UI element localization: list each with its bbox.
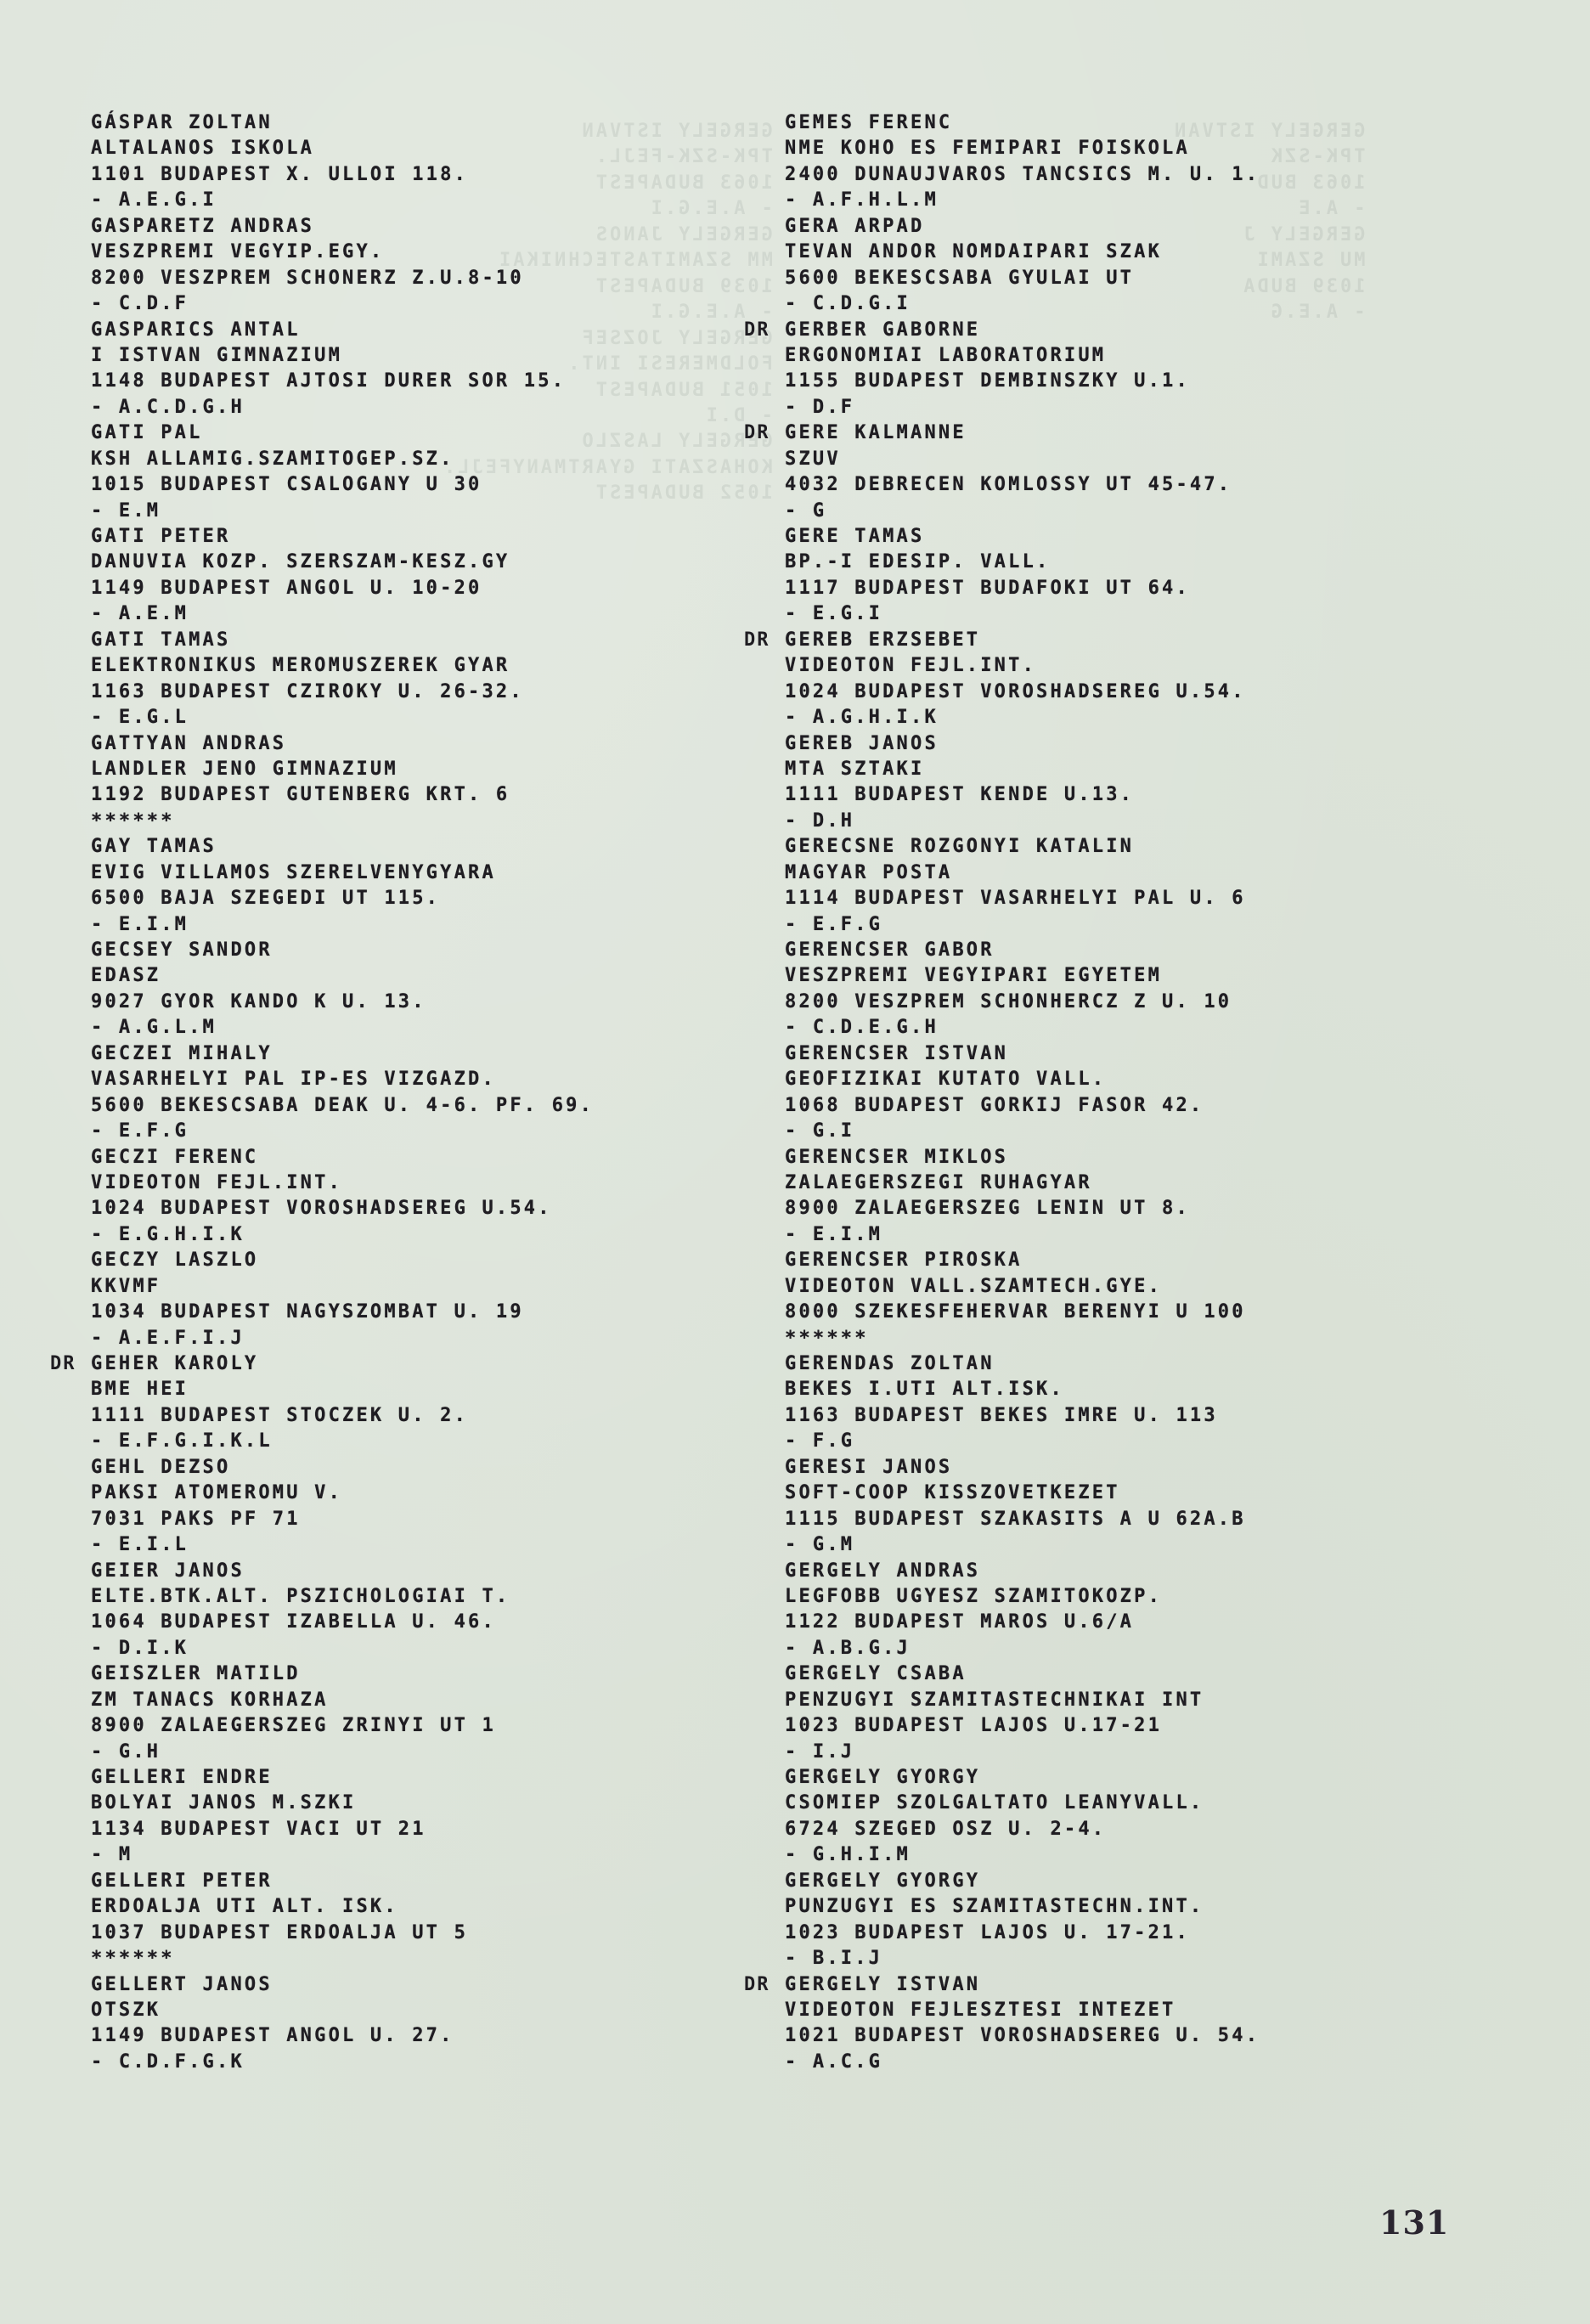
entry-organization: EDASZ xyxy=(91,963,736,989)
directory-entry: GERENDAS ZOLTANBEKES I.UTI ALT.ISK.1163 … xyxy=(785,1351,1464,1455)
entry-name: GERENCSER GABOR xyxy=(785,938,1464,963)
entry-name: GEISZLER MATILD xyxy=(91,1661,736,1687)
entry-name: GEREB ERZSEBET xyxy=(785,628,1464,653)
entry-name: GATTYAN ANDRAS xyxy=(91,731,736,757)
entry-organization: MTA SZTAKI xyxy=(785,757,1464,782)
entry-name: GELLERI ENDRE xyxy=(91,1765,736,1791)
entry-address: 1101 BUDAPEST X. ULLOI 118. xyxy=(91,162,736,188)
directory-entry: DRGERGELY ISTVANVIDEOTON FEJLESZTESI INT… xyxy=(785,1972,1464,2076)
entry-address: 1163 BUDAPEST CZIROKY U. 26-32. xyxy=(91,680,736,705)
entry-name: GATI PETER xyxy=(91,524,736,550)
entry-name: GERA ARPAD xyxy=(785,214,1464,240)
entry-codes: - E.G.I xyxy=(785,601,1464,627)
entry-address: 1115 BUDAPEST SZAKASITS A U 62A.B xyxy=(785,1507,1464,1532)
entry-organization: I ISTVAN GIMNAZIUM xyxy=(91,343,736,369)
entry-address: 5600 BEKESCSABA DEAK U. 4-6. PF. 69. xyxy=(91,1093,736,1119)
directory-entry: GEHL DEZSOPAKSI ATOMEROMU V.7031 PAKS PF… xyxy=(91,1455,736,1559)
column-right: GEMES FERENCNME KOHO ES FEMIPARI FOISKOL… xyxy=(785,110,1464,2075)
entry-name: GEHER KAROLY xyxy=(91,1351,736,1377)
entry-organization: ALTALANOS ISKOLA xyxy=(91,136,736,161)
entry-organization: ZALAEGERSZEGI RUHAGYAR xyxy=(785,1170,1464,1196)
scanned-page: GERGELY ISTVAN TPK-SZK-FEJL. 1063 BUDAPE… xyxy=(0,0,1590,2324)
directory-entry: GEISZLER MATILDZM TANACS KORHAZA8900 ZAL… xyxy=(91,1661,736,1765)
directory-entry: GERENCSER GABORVESZPREMI VEGYIPARI EGYET… xyxy=(785,938,1464,1041)
directory-entry: GATI TAMASELEKTRONIKUS MEROMUSZEREK GYAR… xyxy=(91,628,736,731)
entry-organization: VIDEOTON FEJL.INT. xyxy=(91,1170,736,1196)
entry-codes: - A.C.D.G.H xyxy=(91,395,736,420)
entry-address: 2400 DUNAUJVAROS TANCSICS M. U. 1. xyxy=(785,162,1464,188)
entry-codes: - E.I.M xyxy=(91,912,736,938)
entry-codes: - I.J xyxy=(785,1740,1464,1765)
entry-name: GECSEY SANDOR xyxy=(91,938,736,963)
entry-organization: ERGONOMIAI LABORATORIUM xyxy=(785,343,1464,369)
entry-address: 1149 BUDAPEST ANGOL U. 27. xyxy=(91,2023,736,2049)
entry-address: 1024 BUDAPEST VOROSHADSEREG U.54. xyxy=(785,680,1464,705)
directory-entry: GELLERT JANOSOTSZK1149 BUDAPEST ANGOL U.… xyxy=(91,1972,736,2076)
entry-address: 1023 BUDAPEST LAJOS U. 17-21. xyxy=(785,1921,1464,1946)
entry-codes: - E.I.M xyxy=(785,1222,1464,1248)
title-prefix: DR xyxy=(744,1972,770,1998)
directory-entry: GATTYAN ANDRASLANDLER JENO GIMNAZIUM1192… xyxy=(91,731,736,835)
page-number: 131 xyxy=(1379,2203,1449,2242)
entry-codes: - E.M xyxy=(91,499,736,524)
directory-entry: GERA ARPADTEVAN ANDOR NOMDAIPARI SZAK560… xyxy=(785,214,1464,318)
entry-organization: EVIG VILLAMOS SZERELVENYGYARA xyxy=(91,860,736,886)
directory-entry: GECSEY SANDOREDASZ9027 GYOR KANDO K U. 1… xyxy=(91,938,736,1041)
entry-address: 1034 BUDAPEST NAGYSZOMBAT U. 19 xyxy=(91,1300,736,1325)
entry-organization: PUNZUGYI ES SZAMITASTECHN.INT. xyxy=(785,1894,1464,1920)
entry-codes: - G.H xyxy=(91,1740,736,1765)
title-prefix: DR xyxy=(744,318,770,343)
entry-name: GÁSPAR ZOLTAN xyxy=(91,110,736,136)
entry-organization: DANUVIA KOZP. SZERSZAM-KESZ.GY xyxy=(91,550,736,575)
entry-codes: - E.F.G xyxy=(785,912,1464,938)
directory-entry: GEREB JANOSMTA SZTAKI1111 BUDAPEST KENDE… xyxy=(785,731,1464,835)
directory-entry: GELLERI PETERERDOALJA UTI ALT. ISK.1037 … xyxy=(91,1869,736,1972)
entry-address: 1037 BUDAPEST ERDOALJA UT 5 xyxy=(91,1921,736,1946)
entry-name: GATI PAL xyxy=(91,420,736,446)
entry-organization: VESZPREMI VEGYIP.EGY. xyxy=(91,240,736,265)
entry-name: GELLERT JANOS xyxy=(91,1972,736,1998)
entry-organization: LANDLER JENO GIMNAZIUM xyxy=(91,757,736,782)
title-prefix: DR xyxy=(50,1351,76,1377)
entry-address: 1114 BUDAPEST VASARHELYI PAL U. 6 xyxy=(785,886,1464,911)
entry-organization: BEKES I.UTI ALT.ISK. xyxy=(785,1377,1464,1402)
entry-address: 1111 BUDAPEST KENDE U.13. xyxy=(785,782,1464,808)
directory-entry: GÁSPAR ZOLTANALTALANOS ISKOLA1101 BUDAPE… xyxy=(91,110,736,214)
entry-address: 1192 BUDAPEST GUTENBERG KRT. 6 xyxy=(91,782,736,808)
entry-organization: ERDOALJA UTI ALT. ISK. xyxy=(91,1894,736,1920)
entry-address: 1023 BUDAPEST LAJOS U.17-21 xyxy=(785,1713,1464,1739)
entry-organization: PENZUGYI SZAMITASTECHNIKAI INT xyxy=(785,1688,1464,1713)
entry-organization: KKVMF xyxy=(91,1274,736,1300)
entry-organization: VIDEOTON FEJLESZTESI INTEZET xyxy=(785,1998,1464,2023)
entry-organization: BP.-I EDESIP. VALL. xyxy=(785,550,1464,575)
title-prefix: DR xyxy=(744,628,770,653)
directory-entry: GASPARETZ ANDRASVESZPREMI VEGYIP.EGY.820… xyxy=(91,214,736,318)
entry-codes: - C.D.E.G.H xyxy=(785,1015,1464,1041)
entry-name: GERENCSER MIKLOS xyxy=(785,1145,1464,1170)
entry-address: 1122 BUDAPEST MAROS U.6/A xyxy=(785,1610,1464,1635)
entry-organization: SOFT-COOP KISSZOVETKEZET xyxy=(785,1481,1464,1506)
entry-codes: - D.H xyxy=(785,809,1464,834)
entry-organization: OTSZK xyxy=(91,1998,736,2023)
directory-entry: GASPARICS ANTALI ISTVAN GIMNAZIUM1148 BU… xyxy=(91,318,736,421)
entry-name: GERENCSER PIROSKA xyxy=(785,1248,1464,1273)
directory-entry: GECZI FERENCVIDEOTON FEJL.INT.1024 BUDAP… xyxy=(91,1145,736,1249)
entry-codes: - G xyxy=(785,499,1464,524)
entry-name: GERESI JANOS xyxy=(785,1455,1464,1481)
entry-organization: MAGYAR POSTA xyxy=(785,860,1464,886)
entry-name: GECZY LASZLO xyxy=(91,1248,736,1273)
entry-codes: - A.E.F.I.J xyxy=(91,1326,736,1351)
entry-address: 1117 BUDAPEST BUDAFOKI UT 64. xyxy=(785,576,1464,601)
entry-codes: - E.F.G xyxy=(91,1119,736,1144)
entry-address: 1134 BUDAPEST VACI UT 21 xyxy=(91,1817,736,1842)
column-left: GÁSPAR ZOLTANALTALANOS ISKOLA1101 BUDAPE… xyxy=(91,110,736,2075)
directory-entry: GELLERI ENDREBOLYAI JANOS M.SZKI1134 BUD… xyxy=(91,1765,736,1869)
entry-codes: - C.D.F xyxy=(91,291,736,317)
entry-codes: - D.F xyxy=(785,395,1464,420)
directory-entry: GERGELY ANDRASLEGFOBB UGYESZ SZAMITOKOZP… xyxy=(785,1559,1464,1662)
directory-entry: GATI PETERDANUVIA KOZP. SZERSZAM-KESZ.GY… xyxy=(91,524,736,628)
entry-address: 9027 GYOR KANDO K U. 13. xyxy=(91,990,736,1015)
title-prefix: DR xyxy=(744,420,770,446)
entry-codes: - A.E.G.I xyxy=(91,188,736,213)
entry-organization: ELTE.BTK.ALT. PSZICHOLOGIAI T. xyxy=(91,1584,736,1610)
entry-address: 5600 BEKESCSABA GYULAI UT xyxy=(785,266,1464,291)
entry-codes: - G.H.I.M xyxy=(785,1842,1464,1868)
entry-address: 1064 BUDAPEST IZABELLA U. 46. xyxy=(91,1610,736,1635)
entry-organization: NME KOHO ES FEMIPARI FOISKOLA xyxy=(785,136,1464,161)
entry-organization: PAKSI ATOMEROMU V. xyxy=(91,1481,736,1506)
entry-codes: - A.G.L.M xyxy=(91,1015,736,1041)
directory-entry: DRGEHER KAROLYBME HEI1111 BUDAPEST STOCZ… xyxy=(91,1351,736,1455)
entry-codes: - E.I.L xyxy=(91,1532,736,1558)
entry-name: GERENDAS ZOLTAN xyxy=(785,1351,1464,1377)
entry-address: 8200 VESZPREM SCHONHERCZ Z U. 10 xyxy=(785,990,1464,1015)
entry-name: GERGELY ANDRAS xyxy=(785,1559,1464,1584)
entry-name: GASPARETZ ANDRAS xyxy=(91,214,736,240)
directory-entry: GECZY LASZLOKKVMF1034 BUDAPEST NAGYSZOMB… xyxy=(91,1248,736,1351)
entry-address: 1024 BUDAPEST VOROSHADSEREG U.54. xyxy=(91,1196,736,1221)
entry-name: GATI TAMAS xyxy=(91,628,736,653)
entry-address: 1021 BUDAPEST VOROSHADSEREG U. 54. xyxy=(785,2023,1464,2049)
entry-address: 8900 ZALAEGERSZEG ZRINYI UT 1 xyxy=(91,1713,736,1739)
entry-name: GERENCSER ISTVAN xyxy=(785,1041,1464,1067)
entry-address: 7031 PAKS PF 71 xyxy=(91,1507,736,1532)
directory-entry: GATI PALKSH ALLAMIG.SZAMITOGEP.SZ.1015 B… xyxy=(91,420,736,524)
entry-address: 1155 BUDAPEST DEMBINSZKY U.1. xyxy=(785,369,1464,394)
entry-organization: ELEKTRONIKUS MEROMUSZEREK GYAR xyxy=(91,653,736,679)
entry-codes: - B.I.J xyxy=(785,1946,1464,1971)
directory-entry: GAY TAMASEVIG VILLAMOS SZERELVENYGYARA65… xyxy=(91,834,736,938)
entry-organization: ZM TANACS KORHAZA xyxy=(91,1688,736,1713)
entry-name: GEIER JANOS xyxy=(91,1559,736,1584)
entry-codes: - F.G xyxy=(785,1429,1464,1454)
entry-codes: - M xyxy=(91,1842,736,1868)
directory-entry: DRGEREB ERZSEBETVIDEOTON FEJL.INT.1024 B… xyxy=(785,628,1464,731)
entry-codes: - E.G.L xyxy=(91,705,736,730)
entry-address: 8000 SZEKESFEHERVAR BERENYI U 100 xyxy=(785,1300,1464,1325)
directory-entry: DRGERBER GABORNEERGONOMIAI LABORATORIUM1… xyxy=(785,318,1464,421)
entry-codes: - G.M xyxy=(785,1532,1464,1558)
entry-name: GAY TAMAS xyxy=(91,834,736,860)
entry-address: 1111 BUDAPEST STOCZEK U. 2. xyxy=(91,1403,736,1429)
directory-entry: GERENCSER MIKLOSZALAEGERSZEGI RUHAGYAR89… xyxy=(785,1145,1464,1249)
entry-address: 6500 BAJA SZEGEDI UT 115. xyxy=(91,886,736,911)
entry-codes: - A.B.G.J xyxy=(785,1636,1464,1661)
entry-name: GERGELY GYORGY xyxy=(785,1869,1464,1894)
entry-address: 1148 BUDAPEST AJTOSI DURER SOR 15. xyxy=(91,369,736,394)
entry-name: GERGELY GYORGY xyxy=(785,1765,1464,1791)
directory-entry: GEMES FERENCNME KOHO ES FEMIPARI FOISKOL… xyxy=(785,110,1464,214)
entry-address: 1149 BUDAPEST ANGOL U. 10-20 xyxy=(91,576,736,601)
entry-organization: TEVAN ANDOR NOMDAIPARI SZAK xyxy=(785,240,1464,265)
entry-organization: SZUV xyxy=(785,447,1464,472)
entry-codes: - E.G.H.I.K xyxy=(91,1222,736,1248)
entry-organization: GEOFIZIKAI KUTATO VALL. xyxy=(785,1067,1464,1092)
entry-name: GASPARICS ANTAL xyxy=(91,318,736,343)
entry-address: 8900 ZALAEGERSZEG LENIN UT 8. xyxy=(785,1196,1464,1221)
entry-name: GERE TAMAS xyxy=(785,524,1464,550)
entry-address: 6724 SZEGED OSZ U. 2-4. xyxy=(785,1817,1464,1842)
entry-name: GELLERI PETER xyxy=(91,1869,736,1894)
entry-name: GERGELY CSABA xyxy=(785,1661,1464,1687)
entry-codes: - A.F.H.L.M xyxy=(785,188,1464,213)
directory-entry: GERENCSER PIROSKAVIDEOTON VALL.SZAMTECH.… xyxy=(785,1248,1464,1351)
entry-name: GERECSNE ROZGONYI KATALIN xyxy=(785,834,1464,860)
entry-organization: LEGFOBB UGYESZ SZAMITOKOZP. xyxy=(785,1584,1464,1610)
entry-organization: CSOMIEP SZOLGALTATO LEANYVALL. xyxy=(785,1791,1464,1816)
entry-name: GERE KALMANNE xyxy=(785,420,1464,446)
entry-name: GERBER GABORNE xyxy=(785,318,1464,343)
entry-codes: - E.F.G.I.K.L xyxy=(91,1429,736,1454)
entry-name: GEREB JANOS xyxy=(785,731,1464,757)
entry-address: 8200 VESZPREM SCHONERZ Z.U.8-10 xyxy=(91,266,736,291)
entry-name: GEMES FERENC xyxy=(785,110,1464,136)
directory-entry: GERGELY GYORGYCSOMIEP SZOLGALTATO LEANYV… xyxy=(785,1765,1464,1869)
entry-organization: BOLYAI JANOS M.SZKI xyxy=(91,1791,736,1816)
entry-codes: ****** xyxy=(91,809,736,834)
entry-address: 1068 BUDAPEST GORKIJ FASOR 42. xyxy=(785,1093,1464,1119)
entry-organization: VESZPREMI VEGYIPARI EGYETEM xyxy=(785,963,1464,989)
entry-address: 4032 DEBRECEN KOMLOSSY UT 45-47. xyxy=(785,472,1464,498)
directory-entry: GECZEI MIHALYVASARHELYI PAL IP-ES VIZGAZ… xyxy=(91,1041,736,1145)
entry-organization: VASARHELYI PAL IP-ES VIZGAZD. xyxy=(91,1067,736,1092)
entry-codes: - C.D.G.I xyxy=(785,291,1464,317)
entry-codes: - A.E.M xyxy=(91,601,736,627)
entry-codes: - A.G.H.I.K xyxy=(785,705,1464,730)
entry-organization: KSH ALLAMIG.SZAMITOGEP.SZ. xyxy=(91,447,736,472)
entry-codes: - C.D.F.G.K xyxy=(91,2050,736,2075)
directory-entry: GERE TAMASBP.-I EDESIP. VALL.1117 BUDAPE… xyxy=(785,524,1464,628)
entry-codes: - D.I.K xyxy=(91,1636,736,1661)
directory-entry: GERESI JANOSSOFT-COOP KISSZOVETKEZET1115… xyxy=(785,1455,1464,1559)
entry-name: GERGELY ISTVAN xyxy=(785,1972,1464,1998)
entry-organization: VIDEOTON VALL.SZAMTECH.GYE. xyxy=(785,1274,1464,1300)
entry-codes: - A.C.G xyxy=(785,2050,1464,2075)
directory-entry: GEIER JANOSELTE.BTK.ALT. PSZICHOLOGIAI T… xyxy=(91,1559,736,1662)
entry-codes: ****** xyxy=(91,1946,736,1971)
directory-entry: GERECSNE ROZGONYI KATALINMAGYAR POSTA111… xyxy=(785,834,1464,938)
entry-address: 1163 BUDAPEST BEKES IMRE U. 113 xyxy=(785,1403,1464,1429)
directory-entry: GERENCSER ISTVANGEOFIZIKAI KUTATO VALL.1… xyxy=(785,1041,1464,1145)
entry-name: GECZEI MIHALY xyxy=(91,1041,736,1067)
entry-codes: ****** xyxy=(785,1326,1464,1351)
entry-name: GEHL DEZSO xyxy=(91,1455,736,1481)
entry-organization: BME HEI xyxy=(91,1377,736,1402)
entry-address: 1015 BUDAPEST CSALOGANY U 30 xyxy=(91,472,736,498)
entry-name: GECZI FERENC xyxy=(91,1145,736,1170)
directory-entry: DRGERE KALMANNESZUV4032 DEBRECEN KOMLOSS… xyxy=(785,420,1464,524)
directory-entry: GERGELY CSABAPENZUGYI SZAMITASTECHNIKAI … xyxy=(785,1661,1464,1765)
entry-codes: - G.I xyxy=(785,1119,1464,1144)
entry-organization: VIDEOTON FEJL.INT. xyxy=(785,653,1464,679)
directory-entry: GERGELY GYORGYPUNZUGYI ES SZAMITASTECHN.… xyxy=(785,1869,1464,1972)
